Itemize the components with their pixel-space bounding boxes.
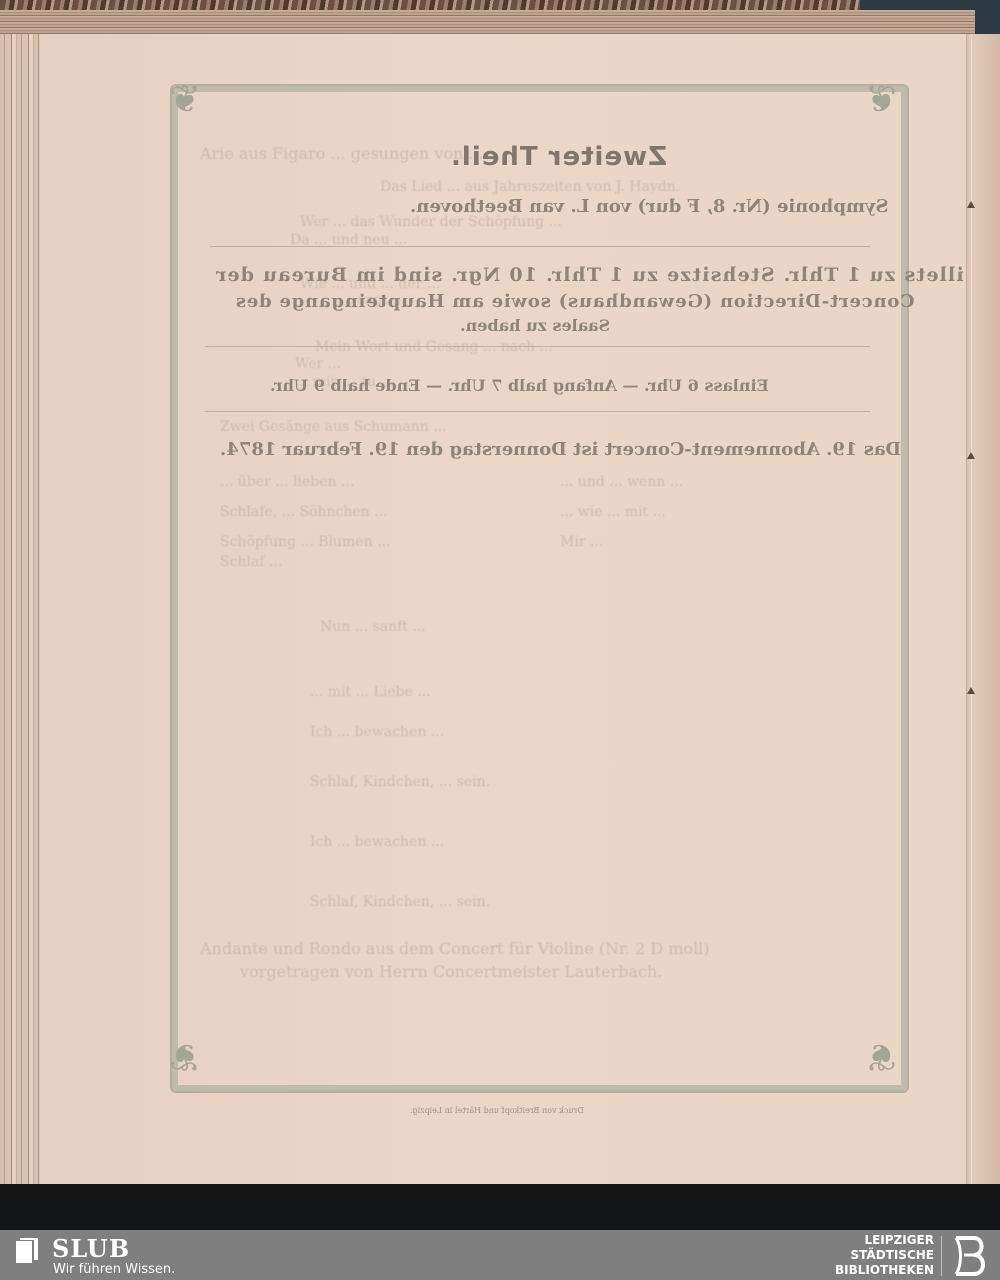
- page-stack-right-edge: [966, 34, 1000, 1184]
- divider: [210, 246, 870, 247]
- lsb-b-monogram-icon[interactable]: [952, 1235, 990, 1277]
- book-pages-icon[interactable]: [14, 1237, 40, 1265]
- lsb-brand[interactable]: LEIPZIGER STÄDTISCHE BIBLIOTHEKEN: [835, 1233, 934, 1278]
- slub-tagline: Wir führen Wissen.: [53, 1262, 175, 1277]
- scanner-background: [0, 1184, 1000, 1230]
- lsb-brand-line: BIBLIOTHEKEN: [835, 1263, 934, 1278]
- tickets-line: Billets zu 1 Thlr. Stehsitze zu 1 Thlr. …: [215, 264, 981, 286]
- scan-viewer: Arie aus Figaro ... gesungen von ... Das…: [0, 0, 1000, 1230]
- ornamental-border: [170, 84, 909, 1093]
- printer-imprint: Druck von Breitkopf und Härtel in Leipzi…: [410, 1106, 584, 1115]
- next-concert-notice: Das 19. Abonnement-Concert ist Donnersta…: [220, 439, 901, 460]
- page-stack-left-edge: [0, 34, 44, 1184]
- scroll-ornament-icon: ❦: [162, 1034, 208, 1080]
- scroll-ornament-icon: ❦: [162, 76, 208, 122]
- triangle-marker-icon: [967, 687, 975, 694]
- page-stack-top-edge: [0, 10, 975, 36]
- scroll-ornament-icon: ❦: [858, 76, 904, 122]
- logo-divider: [941, 1236, 942, 1276]
- tickets-line: Saales zu haben.: [460, 316, 610, 335]
- lsb-brand-line: STÄDTISCHE: [835, 1248, 934, 1263]
- divider: [205, 346, 870, 347]
- footer-bar: SLUB Wir führen Wissen. LEIPZIGER STÄDTI…: [0, 1230, 1000, 1280]
- admission-times: Einlass 6 Uhr. — Anfang halb 7 Uhr. — En…: [270, 376, 769, 395]
- tickets-line: Concert-Direction (Gewandhaus) sowie am …: [235, 291, 915, 312]
- triangle-marker-icon: [967, 201, 975, 208]
- divider: [205, 411, 870, 412]
- document-page: Arie aus Figaro ... gesungen von ... Das…: [40, 34, 972, 1184]
- program-item: Symphonie (Nr. 8, F dur) von L. van Beet…: [410, 196, 888, 217]
- triangle-marker-icon: [967, 452, 975, 459]
- section-title: Zweiter Theil.: [450, 142, 667, 172]
- lsb-brand-line: LEIPZIGER: [835, 1233, 934, 1248]
- scroll-ornament-icon: ❦: [858, 1034, 904, 1080]
- slub-brand[interactable]: SLUB: [52, 1234, 130, 1263]
